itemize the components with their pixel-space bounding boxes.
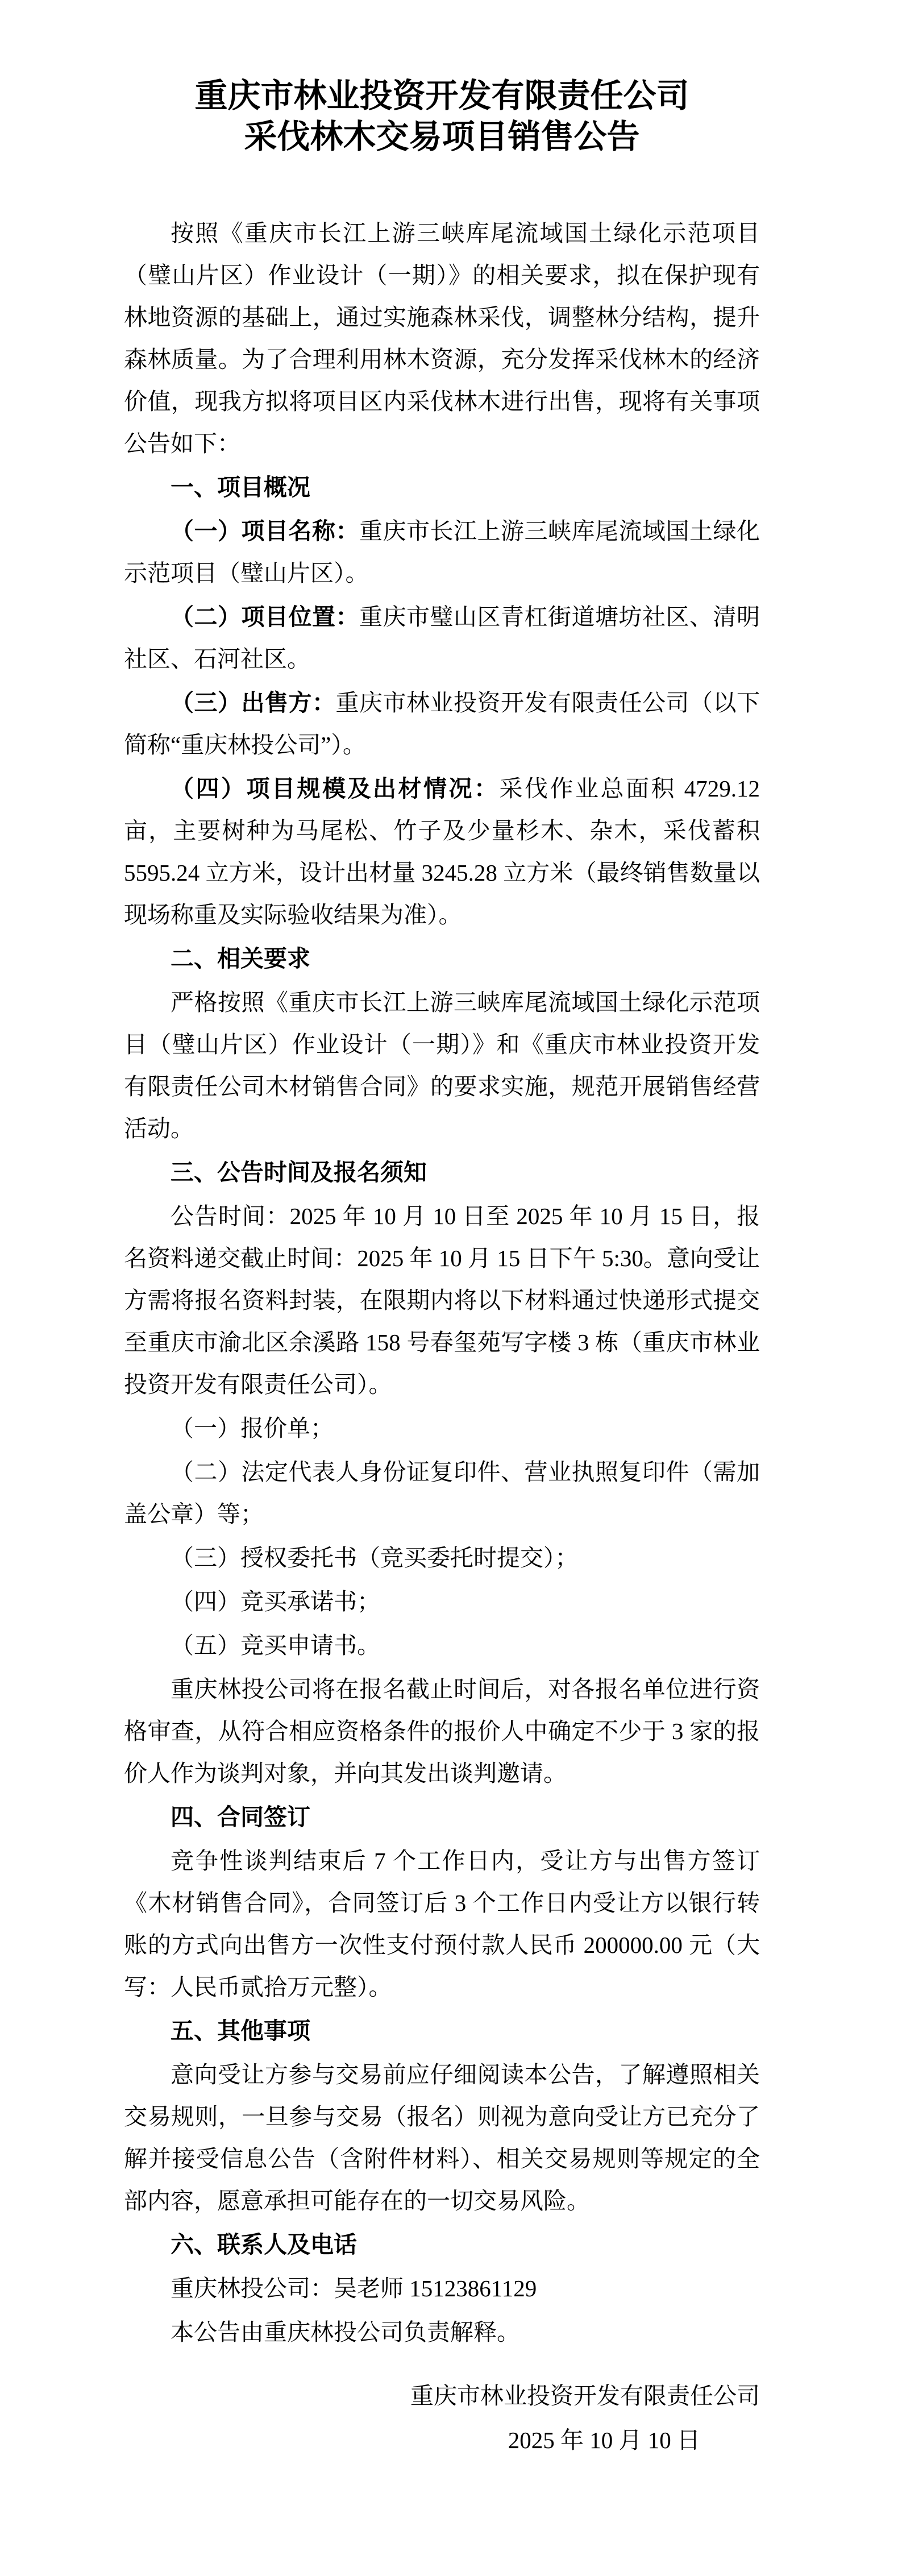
paragraph-text: （二）法定代表人身份证复印件、营业执照复印件（需加盖公章）等； xyxy=(124,1459,760,1527)
document-page: 重庆市林业投资开发有限责任公司 采伐林木交易项目销售公告 按照《重庆市长江上游三… xyxy=(0,0,902,2576)
intro-paragraph: 按照《重庆市长江上游三峡库尾流域国土绿化示范项目（璧山片区）作业设计（一期）》的… xyxy=(124,212,760,464)
list-item-id-license: （二）法定代表人身份证复印件、营业执照复印件（需加盖公章）等； xyxy=(124,1451,760,1535)
paragraph-label: （三）出售方： xyxy=(171,690,336,716)
paragraph-interpretation: 本公告由重庆林投公司负责解释。 xyxy=(124,2311,760,2353)
section-heading-3: 三、公告时间及报名须知 xyxy=(124,1151,760,1193)
document-title-line1: 重庆市林业投资开发有限责任公司 xyxy=(124,76,760,117)
paragraph-project-scale: （四）项目规模及出材情况：采伐作业总面积 4729.12 亩，主要树种为马尾松、… xyxy=(124,768,760,936)
section-heading-5: 五、其他事项 xyxy=(124,2010,760,2052)
paragraph-announcement-time: 公告时间：2025 年 10 月 10 日至 2025 年 10 月 15 日，… xyxy=(124,1195,760,1405)
paragraph-text: （四）竞买承诺书； xyxy=(171,1588,380,1615)
intro-text: 按照《重庆市长江上游三峡库尾流域国土绿化示范项目（璧山片区）作业设计（一期）》的… xyxy=(124,220,760,457)
paragraph-text: 意向受让方参与交易前应仔细阅读本公告，了解遵照相关交易规则，一旦参与交易（报名）… xyxy=(124,2061,760,2214)
paragraph-contact: 重庆林投公司：吴老师 15123861129 xyxy=(124,2267,760,2309)
section-heading-6: 六、联系人及电话 xyxy=(124,2224,760,2266)
paragraph-label: （四）项目规模及出材情况： xyxy=(171,775,500,802)
paragraph-text: 重庆林投公司：吴老师 15123861129 xyxy=(171,2275,537,2301)
document-body: 按照《重庆市长江上游三峡库尾流域国土绿化示范项目（璧山片区）作业设计（一期）》的… xyxy=(124,212,760,2461)
paragraph-label: （二）项目位置： xyxy=(171,604,359,630)
footer-company: 重庆市林业投资开发有限责任公司 xyxy=(124,2375,760,2417)
section-heading-4: 四、合同签订 xyxy=(124,1796,760,1838)
paragraph-text: 竞争性谈判结束后 7 个工作日内，受让方与出售方签订《木材销售合同》，合同签订后… xyxy=(124,1848,760,2000)
document-title: 重庆市林业投资开发有限责任公司 采伐林木交易项目销售公告 xyxy=(124,76,760,157)
paragraph-project-name: （一）项目名称：重庆市长江上游三峡库尾流域国土绿化示范项目（璧山片区）。 xyxy=(124,510,760,594)
paragraph-text: 本公告由重庆林投公司负责解释。 xyxy=(171,2319,520,2345)
paragraph-project-location: （二）项目位置：重庆市璧山区青杠街道塘坊社区、清明社区、石河社区。 xyxy=(124,596,760,680)
section-heading-1: 一、项目概况 xyxy=(124,466,760,508)
list-item-authorization: （三）授权委托书（竞买委托时提交）； xyxy=(124,1537,760,1579)
paragraph-text: 重庆林投公司将在报名截止时间后，对各报名单位进行资格审查，从符合相应资格条件的报… xyxy=(124,1676,760,1786)
paragraph-label: （一）项目名称： xyxy=(171,518,359,544)
paragraph-text: 公告时间：2025 年 10 月 10 日至 2025 年 10 月 15 日，… xyxy=(124,1203,760,1397)
list-item-application: （五）竞买申请书。 xyxy=(124,1624,760,1666)
footer-date: 2025 年 10 月 10 日 xyxy=(124,2419,760,2461)
paragraph-text: （一）报价单； xyxy=(171,1415,334,1441)
list-item-quotation: （一）报价单； xyxy=(124,1407,760,1449)
paragraph-text: （五）竞买申请书。 xyxy=(171,1632,380,1658)
paragraph-text: 严格按照《重庆市长江上游三峡库尾流域国土绿化示范项目（璧山片区）作业设计（一期）… xyxy=(124,989,760,1142)
document-title-line2: 采伐林木交易项目销售公告 xyxy=(124,117,760,157)
paragraph-contract-signing: 竞争性谈判结束后 7 个工作日内，受让方与出售方签订《木材销售合同》，合同签订后… xyxy=(124,1840,760,2008)
paragraph-requirements: 严格按照《重庆市长江上游三峡库尾流域国土绿化示范项目（璧山片区）作业设计（一期）… xyxy=(124,981,760,1150)
paragraph-seller: （三）出售方：重庆市林业投资开发有限责任公司（以下简称“重庆林投公司”）。 xyxy=(124,682,760,766)
section-heading-2: 二、相关要求 xyxy=(124,938,760,980)
list-item-commitment: （四）竞买承诺书； xyxy=(124,1581,760,1623)
paragraph-qualification-review: 重庆林投公司将在报名截止时间后，对各报名单位进行资格审查，从符合相应资格条件的报… xyxy=(124,1668,760,1794)
document-footer: 重庆市林业投资开发有限责任公司 2025 年 10 月 10 日 xyxy=(124,2375,760,2461)
paragraph-text: （三）授权委托书（竞买委托时提交）； xyxy=(171,1545,579,1571)
paragraph-other-matters: 意向受让方参与交易前应仔细阅读本公告，了解遵照相关交易规则，一旦参与交易（报名）… xyxy=(124,2054,760,2222)
